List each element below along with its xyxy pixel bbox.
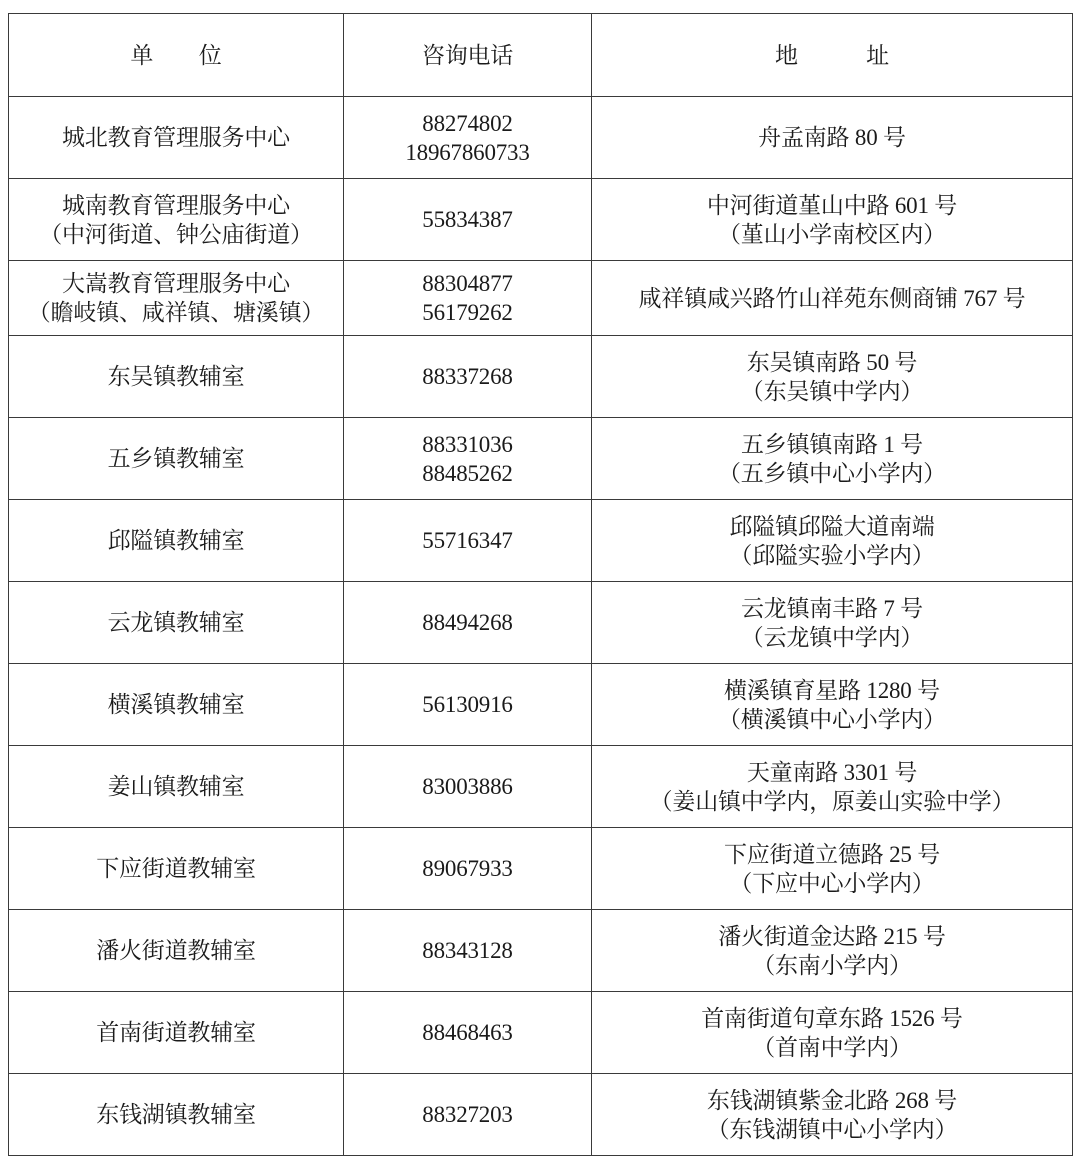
cell-unit: 城北教育管理服务中心 — [9, 97, 344, 179]
phone-line: 56179262 — [348, 298, 587, 327]
phone-line: 83003886 — [348, 772, 587, 801]
phone-line: 56130916 — [348, 690, 587, 719]
cell-unit: 城南教育管理服务中心（中河街道、钟公庙街道） — [9, 179, 344, 261]
table-row: 城北教育管理服务中心8827480218967860733舟孟南路 80 号 — [9, 97, 1073, 179]
unit-line: 下应街道教辅室 — [13, 854, 339, 883]
header-address: 地 址 — [592, 14, 1073, 97]
cell-unit: 姜山镇教辅室 — [9, 746, 344, 828]
cell-phone: 88494268 — [344, 582, 592, 664]
unit-line: 东钱湖镇教辅室 — [13, 1100, 339, 1129]
table-row: 五乡镇教辅室8833103688485262五乡镇镇南路 1 号（五乡镇中心小学… — [9, 418, 1073, 500]
cell-address: 中河街道堇山中路 601 号（堇山小学南校区内） — [592, 179, 1073, 261]
address-line: （东吴镇中学内） — [596, 377, 1068, 406]
address-line: （首南中学内） — [596, 1033, 1068, 1062]
cell-unit: 大嵩教育管理服务中心（瞻岐镇、咸祥镇、塘溪镇） — [9, 261, 344, 336]
address-line: 首南街道句章东路 1526 号 — [596, 1004, 1068, 1033]
table-row: 姜山镇教辅室83003886天童南路 3301 号（姜山镇中学内，原姜山实验中学… — [9, 746, 1073, 828]
address-line: 天童南路 3301 号 — [596, 758, 1068, 787]
table-row: 城南教育管理服务中心（中河街道、钟公庙街道）55834387中河街道堇山中路 6… — [9, 179, 1073, 261]
unit-line: 东吴镇教辅室 — [13, 362, 339, 391]
table-row: 东吴镇教辅室88337268东吴镇南路 50 号（东吴镇中学内） — [9, 336, 1073, 418]
phone-line: 89067933 — [348, 854, 587, 883]
table-row: 东钱湖镇教辅室88327203东钱湖镇紫金北路 268 号（东钱湖镇中心小学内） — [9, 1074, 1073, 1156]
cell-phone: 8827480218967860733 — [344, 97, 592, 179]
address-line: （下应中心小学内） — [596, 869, 1068, 898]
table-body: 城北教育管理服务中心8827480218967860733舟孟南路 80 号城南… — [9, 97, 1073, 1156]
cell-phone: 88337268 — [344, 336, 592, 418]
cell-phone: 88327203 — [344, 1074, 592, 1156]
address-line: 舟孟南路 80 号 — [596, 123, 1068, 152]
cell-unit: 云龙镇教辅室 — [9, 582, 344, 664]
address-line: （邱隘实验小学内） — [596, 541, 1068, 570]
table-row: 潘火街道教辅室88343128潘火街道金达路 215 号（东南小学内） — [9, 910, 1073, 992]
table-row: 云龙镇教辅室88494268云龙镇南丰路 7 号（云龙镇中学内） — [9, 582, 1073, 664]
unit-line: 城北教育管理服务中心 — [13, 123, 339, 152]
address-line: 咸祥镇咸兴路竹山祥苑东侧商铺 767 号 — [596, 284, 1068, 313]
cell-address: 天童南路 3301 号（姜山镇中学内，原姜山实验中学） — [592, 746, 1073, 828]
phone-line: 88485262 — [348, 459, 587, 488]
unit-line: 姜山镇教辅室 — [13, 772, 339, 801]
cell-unit: 东钱湖镇教辅室 — [9, 1074, 344, 1156]
address-line: 云龙镇南丰路 7 号 — [596, 594, 1068, 623]
address-line: （东钱湖镇中心小学内） — [596, 1115, 1068, 1144]
table-row: 大嵩教育管理服务中心（瞻岐镇、咸祥镇、塘溪镇）8830487756179262咸… — [9, 261, 1073, 336]
address-line: 横溪镇育星路 1280 号 — [596, 676, 1068, 705]
phone-line: 88327203 — [348, 1100, 587, 1129]
phone-line: 18967860733 — [348, 138, 587, 167]
cell-phone: 8833103688485262 — [344, 418, 592, 500]
header-phone: 咨询电话 — [344, 14, 592, 97]
cell-unit: 五乡镇教辅室 — [9, 418, 344, 500]
cell-unit: 横溪镇教辅室 — [9, 664, 344, 746]
phone-line: 88274802 — [348, 109, 587, 138]
cell-unit: 邱隘镇教辅室 — [9, 500, 344, 582]
unit-line: 云龙镇教辅室 — [13, 608, 339, 637]
unit-line: 横溪镇教辅室 — [13, 690, 339, 719]
cell-phone: 88468463 — [344, 992, 592, 1074]
cell-address: 横溪镇育星路 1280 号（横溪镇中心小学内） — [592, 664, 1073, 746]
unit-line: （中河街道、钟公庙街道） — [13, 220, 339, 249]
address-line: 邱隘镇邱隘大道南端 — [596, 512, 1068, 541]
phone-line: 88304877 — [348, 269, 587, 298]
cell-unit: 下应街道教辅室 — [9, 828, 344, 910]
cell-phone: 83003886 — [344, 746, 592, 828]
cell-phone: 55716347 — [344, 500, 592, 582]
address-line: （五乡镇中心小学内） — [596, 459, 1068, 488]
cell-phone: 89067933 — [344, 828, 592, 910]
cell-address: 潘火街道金达路 215 号（东南小学内） — [592, 910, 1073, 992]
phone-line: 88343128 — [348, 936, 587, 965]
cell-phone: 8830487756179262 — [344, 261, 592, 336]
address-line: （东南小学内） — [596, 951, 1068, 980]
table-row: 首南街道教辅室88468463首南街道句章东路 1526 号（首南中学内） — [9, 992, 1073, 1074]
phone-line: 88468463 — [348, 1018, 587, 1047]
cell-address: 云龙镇南丰路 7 号（云龙镇中学内） — [592, 582, 1073, 664]
unit-line: （瞻岐镇、咸祥镇、塘溪镇） — [13, 298, 339, 327]
cell-phone: 56130916 — [344, 664, 592, 746]
table-row: 横溪镇教辅室56130916横溪镇育星路 1280 号（横溪镇中心小学内） — [9, 664, 1073, 746]
phone-line: 55834387 — [348, 205, 587, 234]
cell-phone: 55834387 — [344, 179, 592, 261]
phone-line: 55716347 — [348, 526, 587, 555]
header-unit: 单 位 — [9, 14, 344, 97]
cell-unit: 潘火街道教辅室 — [9, 910, 344, 992]
cell-address: 东钱湖镇紫金北路 268 号（东钱湖镇中心小学内） — [592, 1074, 1073, 1156]
address-line: （堇山小学南校区内） — [596, 220, 1068, 249]
address-line: 五乡镇镇南路 1 号 — [596, 430, 1068, 459]
table-row: 邱隘镇教辅室55716347邱隘镇邱隘大道南端（邱隘实验小学内） — [9, 500, 1073, 582]
phone-line: 88337268 — [348, 362, 587, 391]
unit-line: 大嵩教育管理服务中心 — [13, 269, 339, 298]
unit-line: 五乡镇教辅室 — [13, 444, 339, 473]
contact-table: 单 位 咨询电话 地 址 城北教育管理服务中心88274802189678607… — [8, 13, 1073, 1156]
unit-line: 潘火街道教辅室 — [13, 936, 339, 965]
phone-line: 88331036 — [348, 430, 587, 459]
unit-line: 首南街道教辅室 — [13, 1018, 339, 1047]
cell-phone: 88343128 — [344, 910, 592, 992]
cell-address: 邱隘镇邱隘大道南端（邱隘实验小学内） — [592, 500, 1073, 582]
address-line: （姜山镇中学内，原姜山实验中学） — [596, 787, 1068, 816]
unit-line: 城南教育管理服务中心 — [13, 191, 339, 220]
address-line: 下应街道立德路 25 号 — [596, 840, 1068, 869]
header-row: 单 位 咨询电话 地 址 — [9, 14, 1073, 97]
address-line: 潘火街道金达路 215 号 — [596, 922, 1068, 951]
table-row: 下应街道教辅室89067933下应街道立德路 25 号（下应中心小学内） — [9, 828, 1073, 910]
phone-line: 88494268 — [348, 608, 587, 637]
address-line: 中河街道堇山中路 601 号 — [596, 191, 1068, 220]
cell-address: 首南街道句章东路 1526 号（首南中学内） — [592, 992, 1073, 1074]
address-line: 东吴镇南路 50 号 — [596, 348, 1068, 377]
cell-address: 咸祥镇咸兴路竹山祥苑东侧商铺 767 号 — [592, 261, 1073, 336]
cell-address: 东吴镇南路 50 号（东吴镇中学内） — [592, 336, 1073, 418]
cell-address: 五乡镇镇南路 1 号（五乡镇中心小学内） — [592, 418, 1073, 500]
cell-address: 舟孟南路 80 号 — [592, 97, 1073, 179]
cell-unit: 首南街道教辅室 — [9, 992, 344, 1074]
cell-unit: 东吴镇教辅室 — [9, 336, 344, 418]
unit-line: 邱隘镇教辅室 — [13, 526, 339, 555]
address-line: （云龙镇中学内） — [596, 623, 1068, 652]
address-line: 东钱湖镇紫金北路 268 号 — [596, 1086, 1068, 1115]
cell-address: 下应街道立德路 25 号（下应中心小学内） — [592, 828, 1073, 910]
address-line: （横溪镇中心小学内） — [596, 705, 1068, 734]
